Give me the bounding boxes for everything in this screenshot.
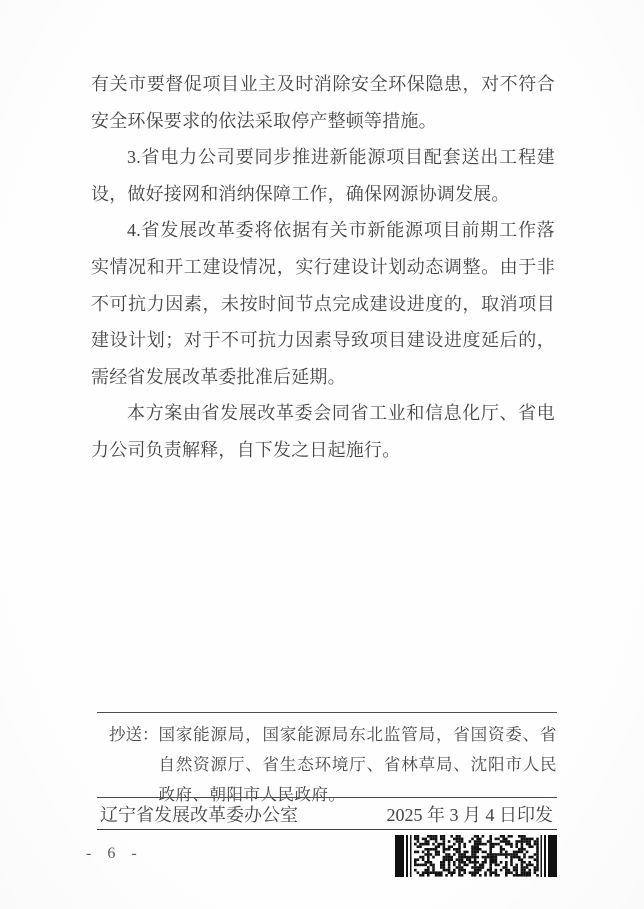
issuing-office: 辽宁省发展改革委办公室 (100, 801, 298, 827)
body-paragraph: 本方案由省发展改革委会同省工业和信息化厅、省电力公司负责解释，自下发之日起施行。 (91, 395, 555, 468)
footer-row: 辽宁省发展改革委办公室 2025 年 3 月 4 日印发 (97, 797, 557, 830)
body-paragraph: 有关市要督促项目业主及时消除安全环保隐患，对不符合安全环保要求的依法采取停产整顿… (91, 66, 555, 139)
page-number: - 6 - (86, 845, 143, 863)
body-paragraph: 4.省发展改革委将依据有关市新能源项目前期工作落实情况和开工建设情况，实行建设计… (91, 212, 555, 395)
document-body: 有关市要督促项目业主及时消除安全环保隐患，对不符合安全环保要求的依法采取停产整顿… (91, 66, 555, 469)
cc-block: 抄送： 国家能源局，国家能源局东北监管局，省国资委、省自然资源厅、省生态环境厅、… (97, 712, 557, 810)
barcode-image (395, 834, 557, 878)
print-date: 2025 年 3 月 4 日印发 (387, 801, 554, 827)
body-paragraph: 3.省电力公司要同步推进新能源项目配套送出工程建设，做好接网和消纳保障工作，确保… (91, 139, 555, 212)
document-page: 有关市要督促项目业主及时消除安全环保隐患，对不符合安全环保要求的依法采取停产整顿… (0, 0, 644, 909)
barcode-2d (395, 834, 557, 878)
